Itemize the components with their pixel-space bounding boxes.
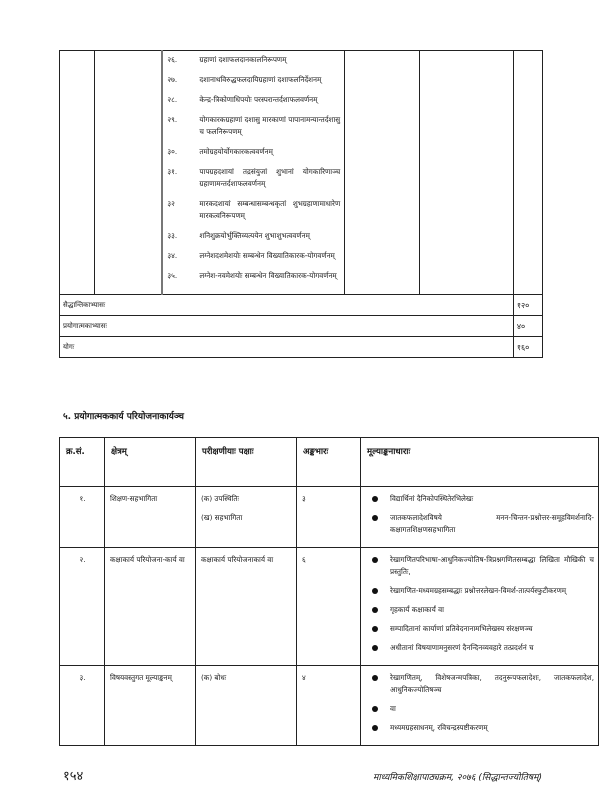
bullet-icon <box>372 706 378 712</box>
topic-number: २९. <box>167 114 199 138</box>
topics-cell: २६.ग्रहाणां दशाफलदानकालनिरूपणम्२७.दशानाथ… <box>162 51 344 295</box>
topic-number: ३४. <box>167 250 199 262</box>
topic-text: तमोग्रहयोर्योगकारकत्ववर्णनम् <box>199 146 340 158</box>
criteria-text: विद्यार्थिनां दैनिकोपस्थितेरभिलेखः <box>390 493 594 505</box>
bullet-icon <box>372 588 378 594</box>
criteria-item: सम्पादितानां कार्याणां प्रतिवेदनानामभिले… <box>366 623 594 635</box>
table-row: ३.विषयवस्तुगत मूल्याङ्कनम्(क) बोधः४रेखाग… <box>60 666 599 746</box>
topic-text: लग्नेशदशमेशयोः सम्बन्धेन विख्यातिकारक-यो… <box>199 250 340 262</box>
criteria-text: जातकफलादेशविषये मनन-चिन्तन-प्रश्नोत्तर-स… <box>390 512 594 536</box>
empty-cell <box>345 51 420 295</box>
topic-text: लग्नेश-नवमेशयोः सम्बन्धेन विख्यातिकारक-य… <box>199 270 340 282</box>
criteria-text: रेखागणितम्, विशेषजन्मपत्रिका, तदनुरूपफला… <box>390 672 594 696</box>
bullet-icon <box>372 607 378 613</box>
topic-text: शनिशुक्रयोर्भुक्तिव्यत्ययेन शुभाशुभत्ववर… <box>199 230 340 242</box>
table-header-row: क्र.सं. क्षेत्रम् परीक्षणीयाः पक्षाः अङ्… <box>60 438 599 487</box>
criteria-item: वा <box>366 703 594 715</box>
topic-text: दशानाथविरुद्धफलदायिग्रहाणां दशाफलनिर्देश… <box>199 74 340 86</box>
area-cell <box>95 51 163 295</box>
header-marks: अङ्कभारः <box>297 438 361 487</box>
topic-item: ३१.पापग्रहदशायां तद्रसंयुजां शुभानां योग… <box>167 166 340 190</box>
criteria-text: वा <box>390 703 594 715</box>
summary-value: ४० <box>513 316 542 337</box>
criteria-item: अधीतानां विषयाणामनुसरणं दैनन्दिनव्यवहारे… <box>366 642 594 654</box>
serial-cell: ३. <box>60 666 105 746</box>
aspect-item: (क) उपस्थितिः <box>201 493 292 505</box>
topic-list: २६.ग्रहाणां दशाफलदानकालनिरूपणम्२७.दशानाथ… <box>167 54 340 282</box>
summary-row-total: योगः १६० <box>60 337 543 358</box>
header-serial: क्र.सं. <box>60 438 105 487</box>
page-number: १५४ <box>63 766 83 784</box>
criteria-text: अधीतानां विषयाणामनुसरणं दैनन्दिनव्यवहारे… <box>390 642 594 654</box>
topic-number: ३३. <box>167 230 199 242</box>
topic-number: २६. <box>167 54 199 66</box>
summary-row-practical: प्रयोगात्मकाभ्यासः ४० <box>60 316 543 337</box>
bullet-icon <box>372 675 378 681</box>
table-row: १.शिक्षण-सहभागिता(क) उपस्थितिः(ख) सहभागि… <box>60 487 599 548</box>
serial-cell: १. <box>60 487 105 548</box>
criteria-item: गृहकार्यं कक्षाकार्यं वा <box>366 604 594 616</box>
topic-item: ३४.लग्नेशदशमेशयोः सम्बन्धेन विख्यातिकारक… <box>167 250 340 262</box>
topic-item: ३०.तमोग्रहयोर्योगकारकत्ववर्णनम् <box>167 146 340 158</box>
criteria-item: रेखागणित-मध्यमग्रहसम्बद्धाः प्रश्नोत्तरल… <box>366 585 594 597</box>
header-criteria: मूल्याङ्कनाधाराः <box>361 438 599 487</box>
topic-number: ३०. <box>167 146 199 158</box>
serial-cell <box>60 51 95 295</box>
topic-number: ३२ <box>167 198 199 222</box>
practical-work-table: क्र.सं. क्षेत्रम् परीक्षणीयाः पक्षाः अङ्… <box>59 437 599 746</box>
header-area: क्षेत्रम् <box>105 438 196 487</box>
topic-text: केन्द्र-त्रिकोणाधिपयोः परस्परान्तर्दशाफल… <box>199 94 340 106</box>
criteria-cell: विद्यार्थिनां दैनिकोपस्थितेरभिलेखःजातकफल… <box>361 487 599 548</box>
topic-item: २७.दशानाथविरुद्धफलदायिग्रहाणां दशाफलनिर्… <box>167 74 340 86</box>
bullet-icon <box>372 557 378 563</box>
topic-item: २६.ग्रहाणां दशाफलदानकालनिरूपणम् <box>167 54 340 66</box>
marks-cell: ३ <box>297 487 361 548</box>
aspect-item: (क) बोधः <box>201 672 292 684</box>
topic-text: योगकारकग्रहाणां दशासु मारकाणां पापानामन्… <box>199 114 340 138</box>
footer-title: माध्यमिकशिक्षापाठ्यक्रम, २०७६ (सिद्धान्त… <box>373 770 542 783</box>
area-cell: विषयवस्तुगत मूल्याङ्कनम् <box>105 666 196 746</box>
topic-item: २९.योगकारकग्रहाणां दशासु मारकाणां पापाना… <box>167 114 340 138</box>
area-cell: शिक्षण-सहभागिता <box>105 487 196 548</box>
criteria-cell: रेखागणितम्, विशेषजन्मपत्रिका, तदनुरूपफला… <box>361 666 599 746</box>
criteria-text: रेखागणितपरिभाषा-आधुनिकज्योतिष-त्रिप्रश्न… <box>390 554 594 578</box>
criteria-list: विद्यार्थिनां दैनिकोपस्थितेरभिलेखःजातकफल… <box>366 493 594 536</box>
empty-cell <box>420 51 513 295</box>
bullet-icon <box>372 515 378 521</box>
criteria-text: मध्यमग्रहसाधनम्, रविचन्द्रस्पष्टीकरणम् <box>390 722 594 734</box>
table-row: २६.ग्रहाणां दशाफलदानकालनिरूपणम्२७.दशानाथ… <box>60 51 543 295</box>
aspect-item: कक्षाकार्य परियोजनाकार्य वा <box>201 554 292 566</box>
area-cell: कक्षाकार्य परियोजना-कार्य वा <box>105 548 196 666</box>
table-row: २.कक्षाकार्य परियोजना-कार्य वाकक्षाकार्य… <box>60 548 599 666</box>
aspects-cell: कक्षाकार्य परियोजनाकार्य वा <box>196 548 297 666</box>
criteria-list: रेखागणितम्, विशेषजन्मपत्रिका, तदनुरूपफला… <box>366 672 594 734</box>
summary-value: १२० <box>513 295 542 316</box>
summary-value: १६० <box>513 337 542 358</box>
criteria-list: रेखागणितपरिभाषा-आधुनिकज्योतिष-त्रिप्रश्न… <box>366 554 594 654</box>
topic-number: २८. <box>167 94 199 106</box>
topic-number: ३१. <box>167 166 199 190</box>
criteria-item: मध्यमग्रहसाधनम्, रविचन्द्रस्पष्टीकरणम् <box>366 722 594 734</box>
topic-text: पापग्रहदशायां तद्रसंयुजां शुभानां योगकार… <box>199 166 340 190</box>
criteria-text: गृहकार्यं कक्षाकार्यं वा <box>390 604 594 616</box>
marks-cell: ४ <box>297 666 361 746</box>
topic-item: २८.केन्द्र-त्रिकोणाधिपयोः परस्परान्तर्दश… <box>167 94 340 106</box>
topic-item: ३३.शनिशुक्रयोर्भुक्तिव्यत्ययेन शुभाशुभत्… <box>167 230 340 242</box>
aspects-cell: (क) उपस्थितिः(ख) सहभागिता <box>196 487 297 548</box>
empty-cell <box>513 51 542 295</box>
criteria-text: सम्पादितानां कार्याणां प्रतिवेदनानामभिले… <box>390 623 594 635</box>
document-page: २६.ग्रहाणां दशाफलदानकालनिरूपणम्२७.दशानाथ… <box>0 0 600 800</box>
bullet-icon <box>372 725 378 731</box>
topic-item: ३२मारकदशायां सम्बन्धासम्बन्धकृतां शुभग्र… <box>167 198 340 222</box>
marks-cell: ६ <box>297 548 361 666</box>
header-aspects: परीक्षणीयाः पक्षाः <box>196 438 297 487</box>
section-title: ५. प्रयोगात्मककार्य परियोजनाकार्यञ्च <box>63 409 184 422</box>
summary-label: सैद्धान्तिकाभ्यासः <box>60 295 514 316</box>
criteria-text: रेखागणित-मध्यमग्रहसम्बद्धाः प्रश्नोत्तरल… <box>390 585 594 597</box>
practical-table-body: १.शिक्षण-सहभागिता(क) उपस्थितिः(ख) सहभागि… <box>60 487 599 746</box>
theory-syllabus-table: २६.ग्रहाणां दशाफलदानकालनिरूपणम्२७.दशानाथ… <box>59 50 543 358</box>
bullet-icon <box>372 626 378 632</box>
topic-number: ३५. <box>167 270 199 282</box>
serial-cell: २. <box>60 548 105 666</box>
criteria-item: विद्यार्थिनां दैनिकोपस्थितेरभिलेखः <box>366 493 594 505</box>
criteria-cell: रेखागणितपरिभाषा-आधुनिकज्योतिष-त्रिप्रश्न… <box>361 548 599 666</box>
bullet-icon <box>372 496 378 502</box>
summary-label: प्रयोगात्मकाभ्यासः <box>60 316 514 337</box>
topic-text: ग्रहाणां दशाफलदानकालनिरूपणम् <box>199 54 340 66</box>
summary-label: योगः <box>60 337 514 358</box>
criteria-item: जातकफलादेशविषये मनन-चिन्तन-प्रश्नोत्तर-स… <box>366 512 594 536</box>
bullet-icon <box>372 645 378 651</box>
summary-row-theory: सैद्धान्तिकाभ्यासः १२० <box>60 295 543 316</box>
topic-item: ३५.लग्नेश-नवमेशयोः सम्बन्धेन विख्यातिकार… <box>167 270 340 282</box>
criteria-item: रेखागणितपरिभाषा-आधुनिकज्योतिष-त्रिप्रश्न… <box>366 554 594 578</box>
aspect-item: (ख) सहभागिता <box>201 512 292 524</box>
criteria-item: रेखागणितम्, विशेषजन्मपत्रिका, तदनुरूपफला… <box>366 672 594 696</box>
topic-text: मारकदशायां सम्बन्धासम्बन्धकृतां शुभग्रहा… <box>199 198 340 222</box>
topic-number: २७. <box>167 74 199 86</box>
aspects-cell: (क) बोधः <box>196 666 297 746</box>
